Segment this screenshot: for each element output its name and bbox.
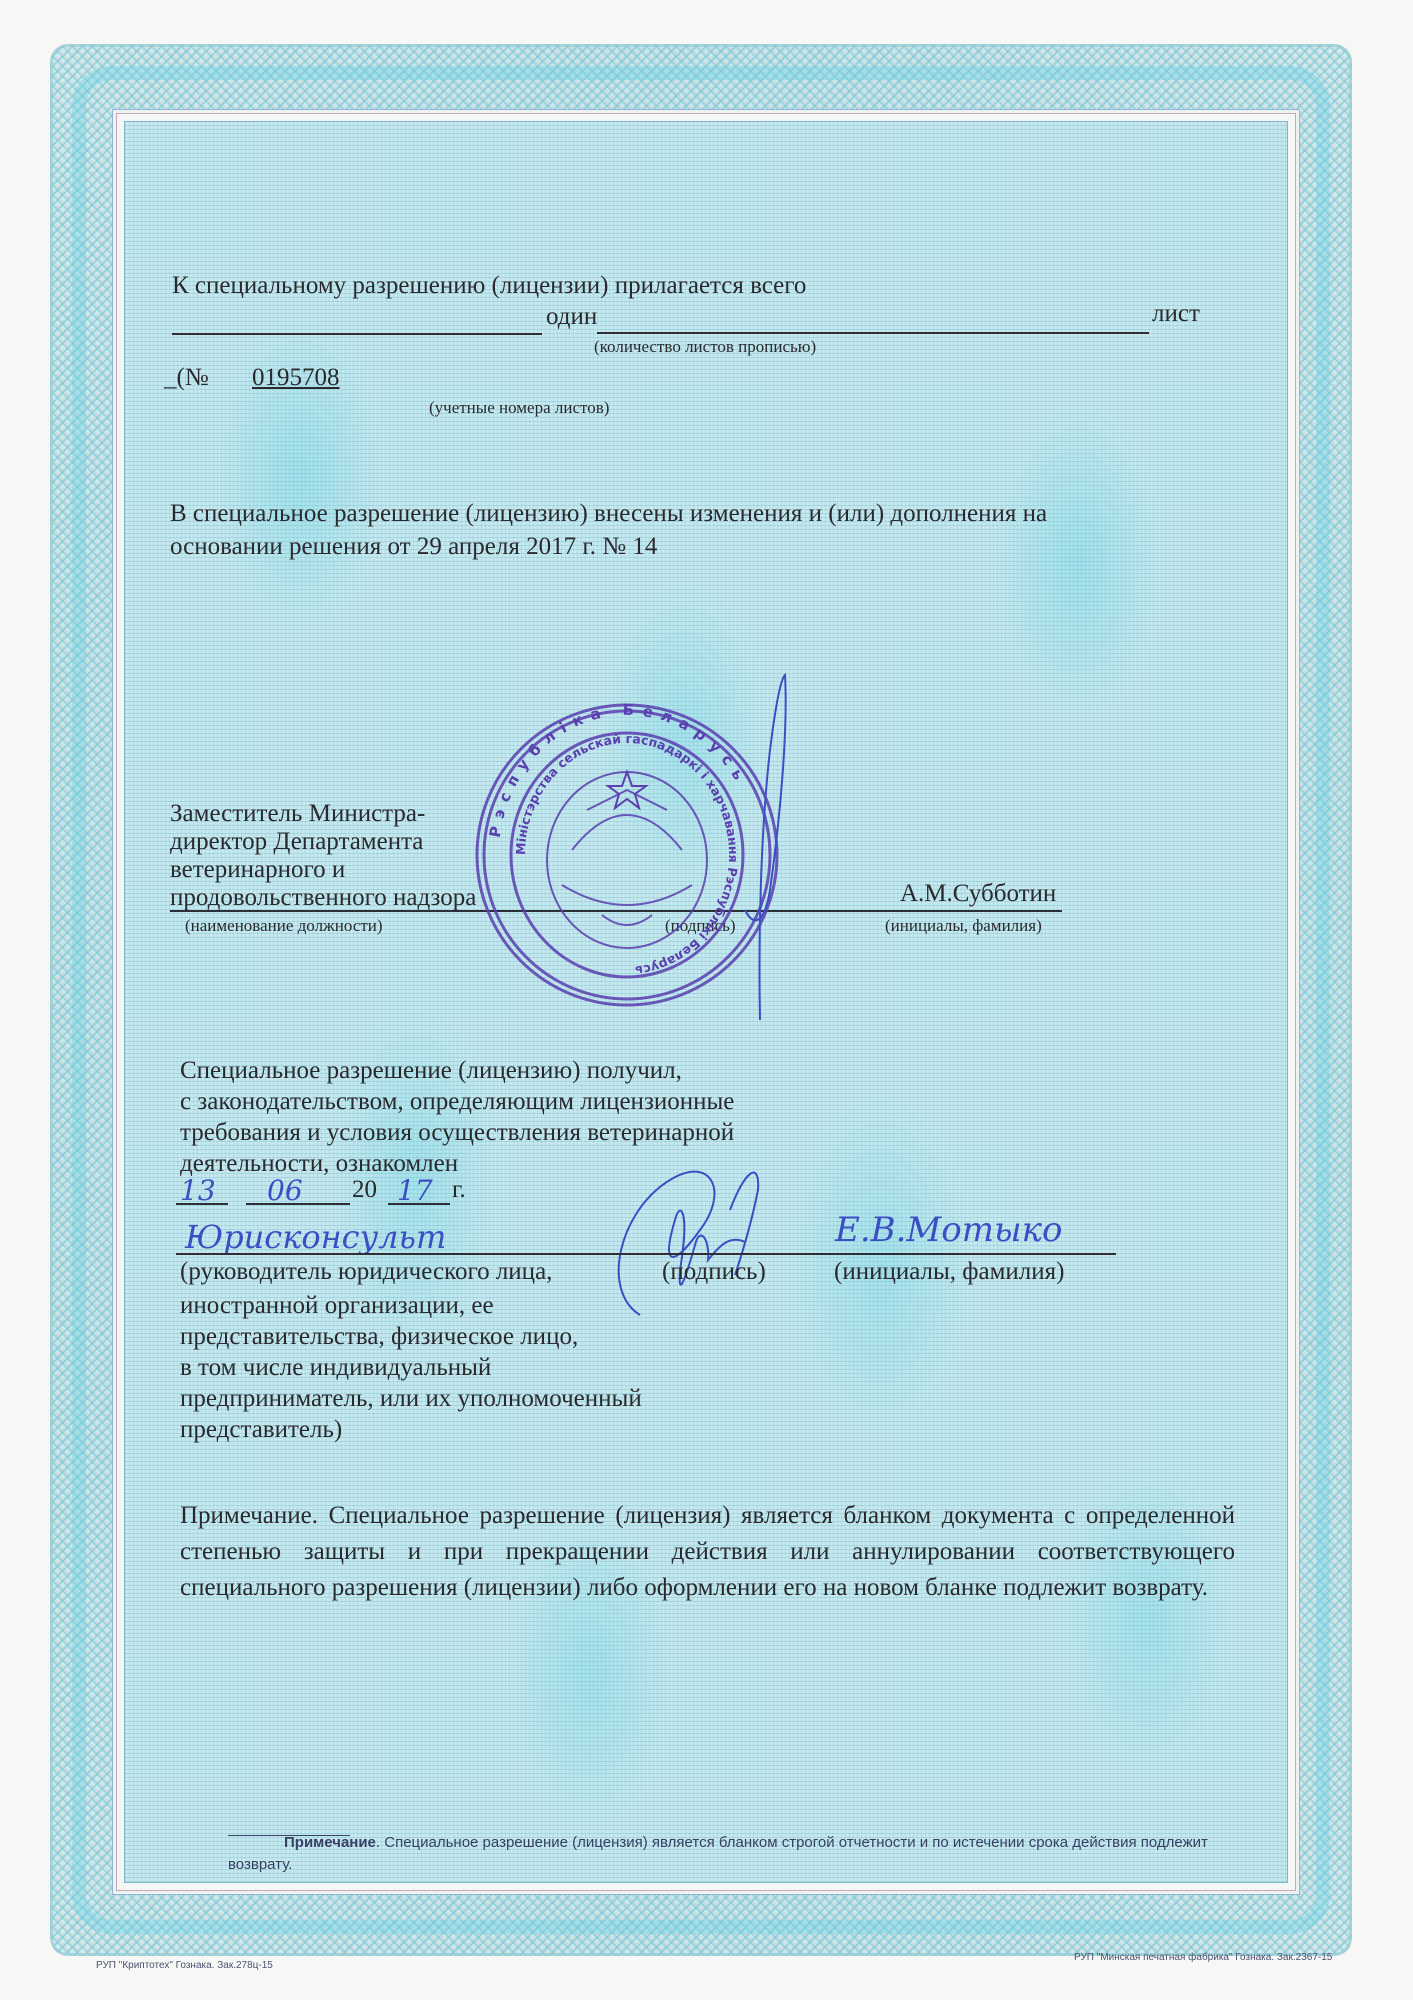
issuer-name-caption: (инициалы, фамилия): [885, 916, 1042, 936]
sheet-count-unit: лист: [1152, 300, 1200, 328]
sheet-number-prefix: _(№: [164, 364, 209, 392]
date-day-rule: [176, 1203, 228, 1205]
sheet-number-value: 0195708: [252, 364, 340, 392]
receipt-line: Специальное разрешение (лицензию) получи…: [180, 1055, 734, 1086]
count-rule-left: [172, 333, 542, 335]
caption-line: в том числе индивидуальный: [180, 1352, 642, 1383]
printer-imprint-right: РУП "Минская печатная фабрика" Гознака. …: [1074, 1952, 1332, 1963]
receipt-position-caption-continued: иностранной организации, ее представител…: [180, 1290, 642, 1445]
printer-imprint-left: РУП "Криптотех" Гознака. Зак.278ц-15: [96, 1960, 273, 1971]
receipt-handwritten-name: Е.В.Мотыко: [835, 1210, 1062, 1250]
sheet-number-caption: (учетные номера листов): [429, 398, 609, 418]
date-year-rule: [388, 1203, 450, 1205]
receipt-handwritten-position: Юрисконсульт: [185, 1218, 446, 1256]
form-footer-note-label: Примечание: [284, 1834, 376, 1851]
issuer-position-line: директор Департамента: [170, 828, 476, 856]
document-content: К специальному разрешению (лицензии) при…: [0, 0, 1413, 2000]
caption-line: представитель): [180, 1414, 642, 1445]
form-footer-note: Примечание. Специальное разрешение (лице…: [228, 1832, 1258, 1876]
amendment-line-2: основании решения от 29 апреля 2017 г. №…: [170, 533, 657, 561]
receipt-line: с законодательством, определяющим лиценз…: [180, 1086, 734, 1117]
issuer-name: А.М.Субботин: [900, 880, 1056, 908]
attachment-line: К специальному разрешению (лицензии) при…: [172, 272, 806, 300]
issuer-signature-icon: [740, 670, 820, 1030]
issuer-position-line: продовольственного надзора: [170, 884, 476, 912]
sheet-count-value: один: [546, 303, 597, 331]
receipt-line: требования и условия осуществления ветер…: [180, 1117, 734, 1148]
receipt-signature-caption: (подпись): [662, 1258, 766, 1286]
date-month-rule: [246, 1203, 350, 1205]
issuer-position-caption: (наименование должности): [185, 916, 383, 936]
caption-line: предприниматель, или их уполномоченный: [180, 1383, 642, 1414]
issuer-position: Заместитель Министра- директор Департаме…: [170, 800, 476, 912]
receipt-date-year-prefix: 20: [352, 1176, 377, 1204]
caption-line: представительства, физическое лицо,: [180, 1321, 642, 1352]
receipt-signature-rule: [176, 1253, 1116, 1255]
receipt-position-caption: (руководитель юридического лица,: [180, 1258, 552, 1286]
amendment-line-1: В специальное разрешение (лицензию) внес…: [170, 500, 1047, 528]
form-footer-note-text: . Специальное разрешение (лицензия) явля…: [228, 1834, 1208, 1873]
sheet-count-caption: (количество листов прописью): [594, 337, 816, 357]
receipt-date-suffix: г.: [452, 1176, 466, 1204]
caption-line: иностранной организации, ее: [180, 1290, 642, 1321]
issuer-position-line: ветеринарного и: [170, 856, 476, 884]
receipt-name-caption: (инициалы, фамилия): [834, 1258, 1064, 1286]
count-rule-right: [597, 332, 1149, 334]
return-note: Примечание. Специальное разрешение (лице…: [180, 1498, 1235, 1606]
issuer-position-line: Заместитель Министра-: [170, 800, 476, 828]
